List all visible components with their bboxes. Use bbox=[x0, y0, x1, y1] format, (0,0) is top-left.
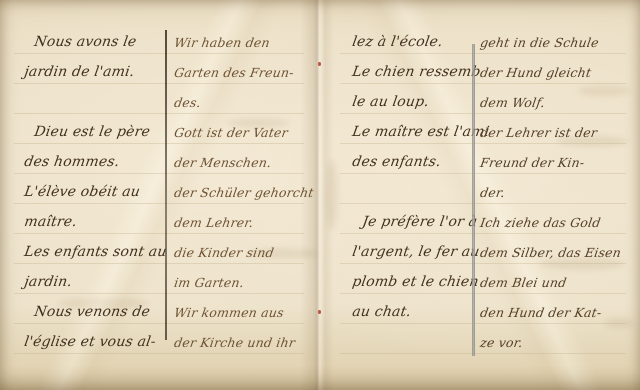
german-translation: der Lehrer ist der bbox=[478, 118, 599, 147]
text-row: plomb et le chiendem Blei und bbox=[316, 268, 640, 298]
text-row: Le chien ressembder Hund gleicht bbox=[316, 58, 640, 88]
stitch-dot bbox=[318, 310, 321, 314]
german-translation: Wir kommen aus bbox=[172, 298, 286, 327]
french-phrase: jardin. bbox=[22, 268, 74, 297]
german-translation: Freund der Kin- bbox=[478, 148, 587, 177]
german-translation: dem Silber, das Eisen bbox=[478, 238, 623, 267]
german-translation: der Menschen. bbox=[172, 148, 274, 177]
german-translation: dem Lehrer. bbox=[172, 208, 256, 237]
german-translation: Garten des Freun- bbox=[172, 58, 296, 87]
text-row: der. bbox=[316, 178, 640, 208]
french-phrase: lez à l'école. bbox=[350, 28, 445, 57]
notebook-page-right: lez à l'école.geht in die Schule Le chie… bbox=[316, 0, 640, 390]
german-translation: den Hund der Kat- bbox=[478, 298, 604, 327]
text-row: Les enfants sont audie Kinder sind bbox=[0, 238, 316, 268]
french-phrase: des enfants. bbox=[350, 148, 443, 177]
text-row: Le maître est l'amider Lehrer ist der bbox=[316, 118, 640, 148]
text-row: au chat.den Hund der Kat- bbox=[316, 298, 640, 328]
german-translation: ze vor. bbox=[478, 328, 525, 357]
french-phrase: l'argent, le fer au bbox=[350, 238, 482, 267]
german-translation: der. bbox=[478, 178, 507, 207]
german-translation: die Kinder sind bbox=[172, 238, 276, 267]
text-row: le au loup.dem Wolf. bbox=[316, 88, 640, 118]
text-rows: lez à l'école.geht in die Schule Le chie… bbox=[316, 28, 640, 358]
text-row: jardin.im Garten. bbox=[0, 268, 316, 298]
text-row: des hommes.der Menschen. bbox=[0, 148, 316, 178]
notebook-page-left: Nous avons leWir haben den jardin de l'a… bbox=[0, 0, 316, 390]
french-phrase: jardin de l'ami. bbox=[22, 58, 137, 87]
french-phrase: Je préfère l'or à bbox=[350, 208, 479, 237]
text-row: jardin de l'ami.Garten des Freun- bbox=[0, 58, 316, 88]
text-row: des. bbox=[0, 88, 316, 118]
notebook-scan: { "document": { "kind": "handwritten exe… bbox=[0, 0, 640, 390]
german-translation: Wir haben den bbox=[172, 28, 272, 57]
french-phrase: maître. bbox=[22, 208, 79, 237]
german-translation: Ich ziehe das Gold bbox=[478, 208, 603, 237]
french-phrase: Les enfants sont au bbox=[22, 238, 169, 267]
text-rows: Nous avons leWir haben den jardin de l'a… bbox=[0, 28, 316, 358]
french-phrase: Dieu est le père bbox=[22, 118, 152, 147]
french-phrase: Le chien ressemb bbox=[350, 58, 483, 87]
german-translation: der Schüler gehorcht bbox=[172, 178, 316, 207]
french-phrase: Le maître est l'ami bbox=[350, 118, 492, 147]
german-translation: der Kirche und ihr bbox=[172, 328, 297, 357]
french-phrase: le au loup. bbox=[350, 88, 431, 117]
text-row: Je préfère l'or àIch ziehe das Gold bbox=[316, 208, 640, 238]
german-translation: der Hund gleicht bbox=[478, 58, 594, 87]
text-row: l'argent, le fer audem Silber, das Eisen bbox=[316, 238, 640, 268]
text-row: L'élève obéit auder Schüler gehorcht bbox=[0, 178, 316, 208]
german-translation: des. bbox=[172, 88, 203, 117]
german-translation: Gott ist der Vater bbox=[172, 118, 290, 147]
german-translation: im Garten. bbox=[172, 268, 246, 297]
german-translation: dem Wolf. bbox=[478, 88, 547, 117]
text-row: l'église et vous al-der Kirche und ihr bbox=[0, 328, 316, 358]
french-phrase: au chat. bbox=[350, 298, 413, 327]
text-row: lez à l'école.geht in die Schule bbox=[316, 28, 640, 58]
french-phrase: L'élève obéit au bbox=[22, 178, 142, 207]
french-phrase: des hommes. bbox=[22, 148, 122, 177]
text-row: ze vor. bbox=[316, 328, 640, 358]
german-translation: geht in die Schule bbox=[478, 28, 601, 57]
french-phrase: plomb et le chien bbox=[350, 268, 481, 297]
french-phrase: l'église et vous al- bbox=[22, 328, 158, 357]
stitch-dot bbox=[318, 62, 321, 66]
text-row: maître.dem Lehrer. bbox=[0, 208, 316, 238]
text-row: Dieu est le pèreGott ist der Vater bbox=[0, 118, 316, 148]
text-row: des enfants.Freund der Kin- bbox=[316, 148, 640, 178]
text-row: Nous venons deWir kommen aus bbox=[0, 298, 316, 328]
german-translation: dem Blei und bbox=[478, 268, 569, 297]
text-row: Nous avons leWir haben den bbox=[0, 28, 316, 58]
french-phrase: Nous avons le bbox=[22, 28, 139, 57]
french-phrase: Nous venons de bbox=[22, 298, 152, 327]
